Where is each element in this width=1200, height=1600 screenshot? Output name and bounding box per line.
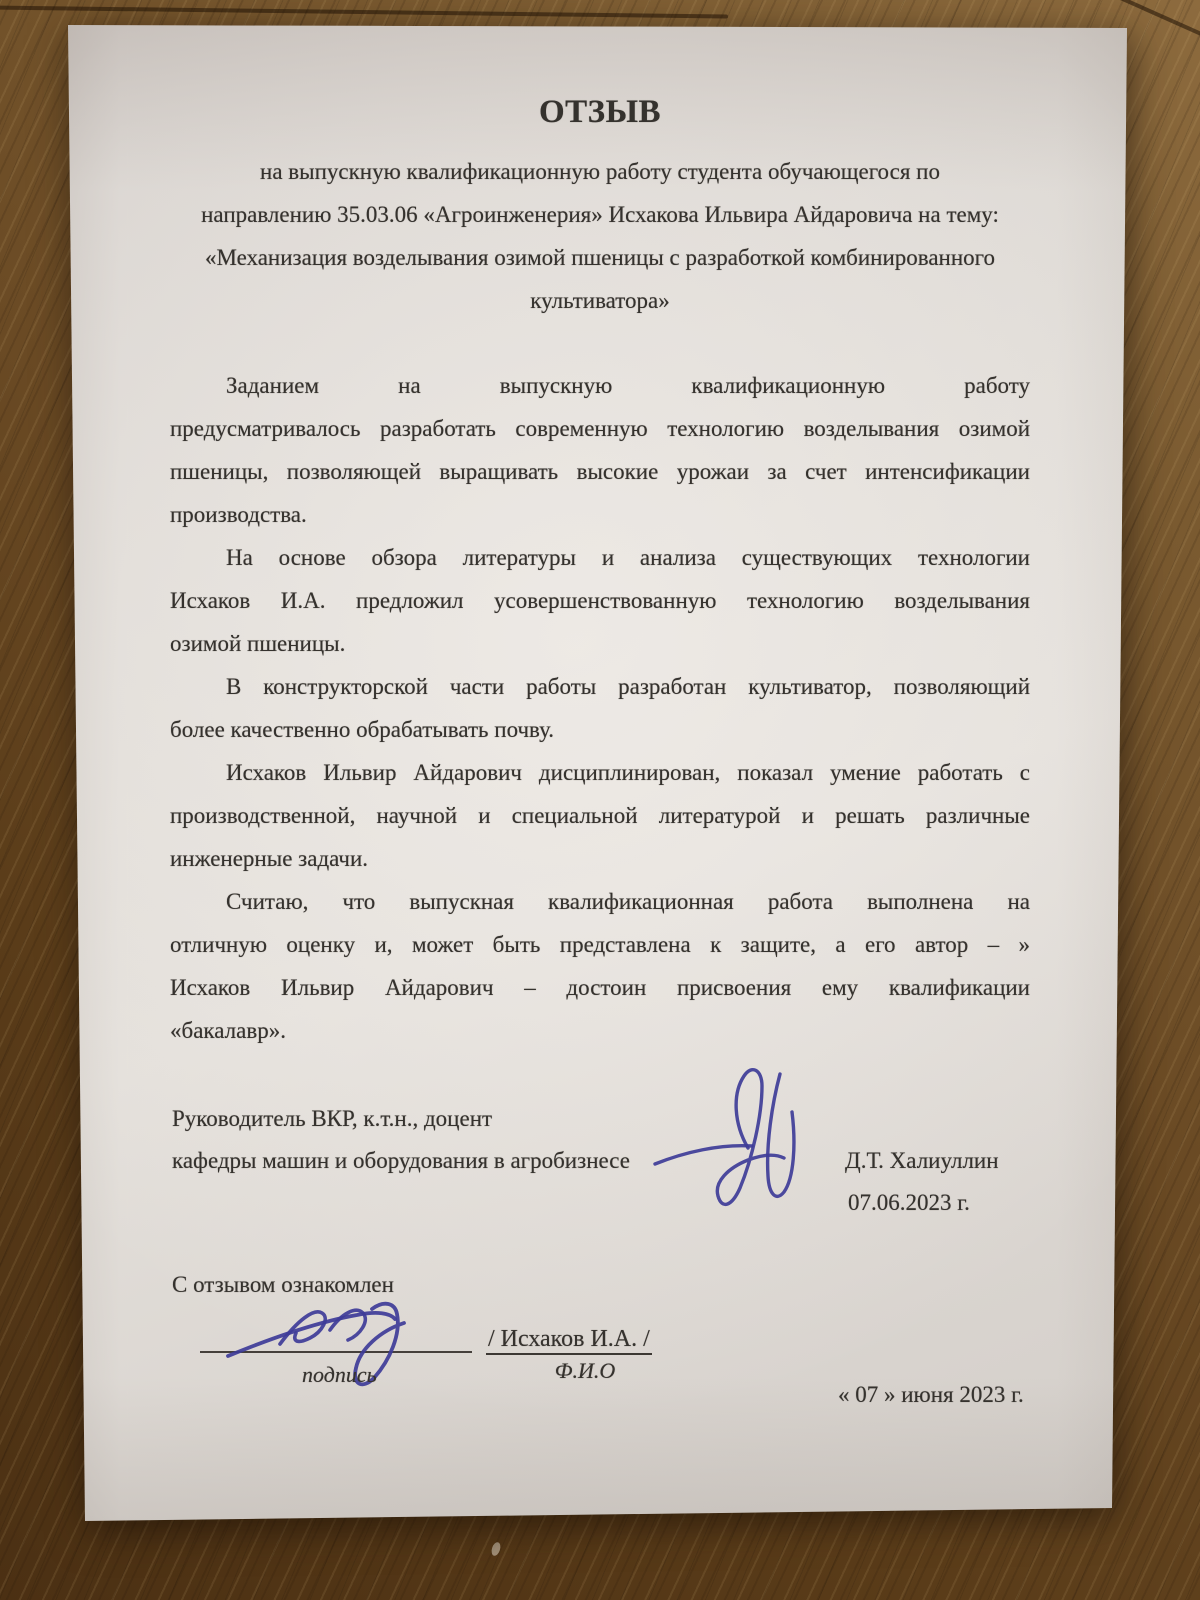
subtitle-line: на выпускную квалификационную работу сту…	[170, 150, 1030, 193]
supervisor-name: Д.Т. Халиуллин	[845, 1142, 999, 1180]
slash-open: /	[488, 1326, 495, 1352]
paragraph-line: более качественно обрабатывать почву.	[170, 708, 1030, 751]
paragraph-line: производства.	[170, 493, 1030, 536]
paper-sheet-wrapper: ОТЗЫВ на выпускную квалификационную рабо…	[0, 0, 1200, 1600]
student-name: Исхаков И.А.	[501, 1326, 637, 1352]
photo-of-document: { "doc": { "title": "ОТЗЫВ", "subtitle":…	[0, 0, 1200, 1600]
document-body: Заданием на выпускную квалификационную р…	[170, 364, 1030, 1052]
paragraph: Заданием на выпускную квалификационную р…	[170, 364, 1030, 536]
name-caption: Ф.И.О	[500, 1352, 670, 1390]
paragraph: В конструкторской части работы разработа…	[170, 665, 1030, 751]
paragraph-line: Заданием на выпускную квалификационную р…	[170, 364, 1030, 407]
paragraph-line: На основе обзора литературы и анализа су…	[170, 536, 1030, 579]
supervisor-role-line2: кафедры машин и оборудования в агробизне…	[172, 1142, 630, 1180]
paragraph-line: инженерные задачи.	[170, 837, 1030, 880]
paragraph-line: В конструкторской части работы разработа…	[170, 665, 1030, 708]
paragraph-line: Исхаков Ильвир Айдарович – достоин присв…	[170, 966, 1030, 1009]
subtitle-line: «Механизация возделывания озимой пшеницы…	[170, 236, 1030, 279]
acknowledgement-date: « 07 » июня 2023 г.	[838, 1376, 1024, 1414]
paragraph-line: Исхаков И.А. предложил усовершенствованн…	[170, 579, 1030, 622]
supervisor-date: 07.06.2023 г.	[848, 1184, 970, 1222]
paragraph-line: «бакалавр».	[170, 1009, 1030, 1052]
paragraph-line: Считаю, что выпускная квалификационная р…	[170, 880, 1030, 923]
paper-sheet: ОТЗЫВ на выпускную квалификационную рабо…	[0, 0, 1200, 1600]
paragraph: Исхаков Ильвир Айдарович дисциплинирован…	[170, 751, 1030, 880]
subtitle-line: культиватора»	[170, 279, 1030, 322]
paragraph-line: предусматривалось разработать современну…	[170, 407, 1030, 450]
signature-caption: подпись	[302, 1356, 377, 1394]
subtitle-line: направлению 35.03.06 «Агроинженерия» Исх…	[170, 193, 1030, 236]
document-subtitle: на выпускную квалификационную работу сту…	[170, 150, 1030, 322]
paragraph-line: производственной, научной и специальной …	[170, 794, 1030, 837]
paragraph-line: отличную оценку и, может быть представле…	[170, 923, 1030, 966]
document-title: ОТЗЫВ	[170, 92, 1030, 132]
paragraph-line: пшеницы, позволяющей выращивать высокие …	[170, 450, 1030, 493]
supervisor-signature	[650, 1062, 840, 1220]
document-content: ОТЗЫВ на выпускную квалификационную рабо…	[170, 92, 1030, 1052]
paragraph-line: озимой пшеницы.	[170, 622, 1030, 665]
student-name-underlined: / Исхаков И.А. /	[486, 1326, 652, 1355]
paragraph-line: Исхаков Ильвир Айдарович дисциплинирован…	[170, 751, 1030, 794]
slash-close: /	[643, 1326, 650, 1352]
supervisor-role-line1: Руководитель ВКР, к.т.н., доцент	[172, 1100, 492, 1138]
paragraph: Считаю, что выпускная квалификационная р…	[170, 880, 1030, 1052]
paragraph: На основе обзора литературы и анализа су…	[170, 536, 1030, 665]
